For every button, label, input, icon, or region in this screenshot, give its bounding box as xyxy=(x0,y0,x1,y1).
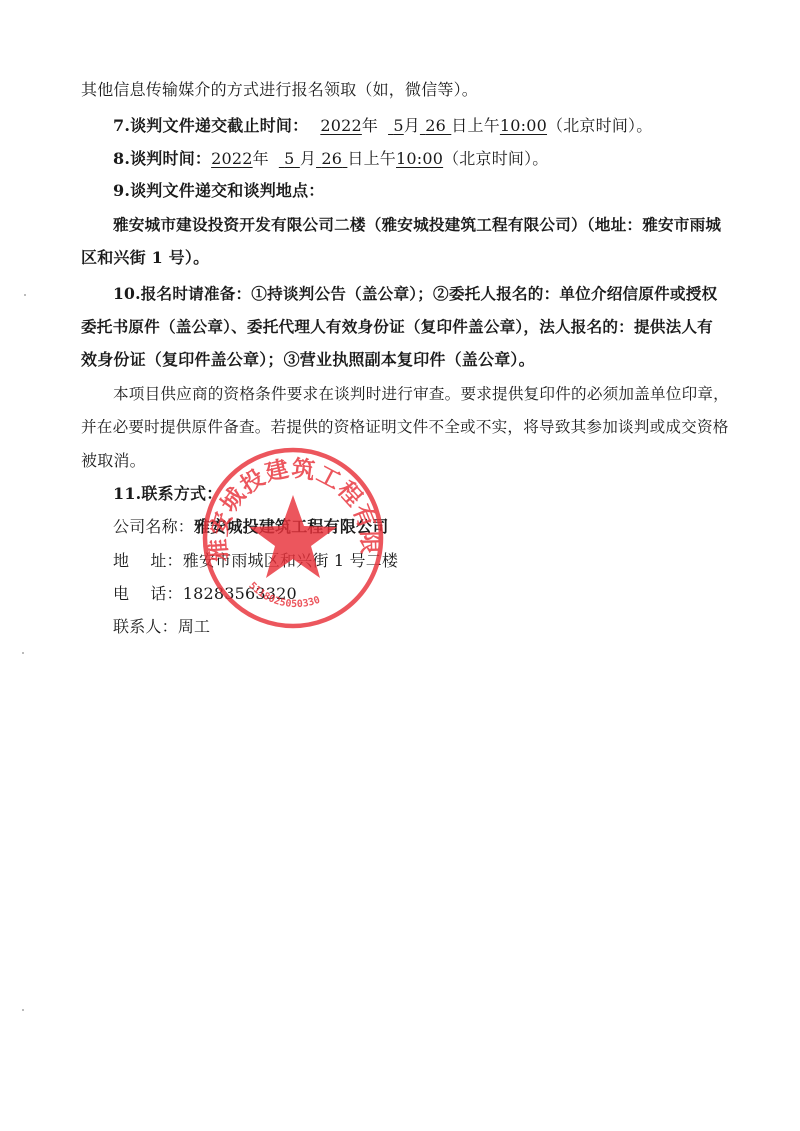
item-9-location-line1: 雅安城市建设投资开发有限公司二楼（雅安城投建筑工程有限公司）（地址：雅安市雨城 xyxy=(113,215,721,235)
contact-company: 公司名称：雅安城投建筑工程有限公司 xyxy=(113,517,388,537)
paragraph-channel-note: 其他信息传输媒介的方式进行报名领取（如，微信等）。 xyxy=(81,80,478,100)
timezone-note: （北京时间）。 xyxy=(547,116,652,135)
company-label: 公司名称： xyxy=(113,517,194,536)
item-9-location-line2: 区和兴街 1 号）。 xyxy=(81,248,209,268)
scan-artifact xyxy=(24,294,26,296)
item-10-text: ①持谈判公告（盖公章）；②委托人报名的：单位介绍信原件或授权 xyxy=(251,284,717,303)
seal-arc-text: 雅安城投建筑工程有限公司 xyxy=(198,443,383,563)
contact-value: 周工 xyxy=(178,617,210,636)
item-10-line1: 10.报名时请准备：①持谈判公告（盖公章）；②委托人报名的：单位介绍信原件或授权 xyxy=(113,284,717,304)
contact-person: 联系人：周工 xyxy=(113,617,210,637)
item-8-label: 8.谈判时间： xyxy=(113,149,211,168)
year-unit: 年 xyxy=(362,116,378,135)
timezone-note: （北京时间）。 xyxy=(443,149,548,168)
svg-text:雅安城投建筑工程有限公司: 雅安城投建筑工程有限公司 xyxy=(198,443,383,563)
item-10-line2: 委托书原件（盖公章）、委托代理人有效身份证（复印件盖公章），法人报名的：提供法人… xyxy=(81,317,713,337)
contact-label: 联系人： xyxy=(113,617,178,636)
negotiation-month: 5 xyxy=(279,149,300,168)
month-unit: 月 xyxy=(300,149,316,168)
address-label: 地 址： xyxy=(113,551,183,570)
text: 其他信息传输媒介的方式进行报名领取（如，微信等）。 xyxy=(81,80,478,99)
month-unit: 月 xyxy=(404,116,420,135)
scan-artifact xyxy=(22,652,24,654)
negotiation-time: 10:00 xyxy=(396,149,443,168)
review-line3: 被取消。 xyxy=(81,451,146,471)
deadline-time: 10:00 xyxy=(500,116,547,135)
contact-address: 地 址：雅安市雨城区和兴街 1 号二楼 xyxy=(113,551,398,571)
document-page: 其他信息传输媒介的方式进行报名领取（如，微信等）。 7.谈判文件递交截止时间：2… xyxy=(0,0,800,1131)
item-10-label: 10.报名时请准备： xyxy=(113,284,251,303)
item-11-label: 11.联系方式： xyxy=(113,484,222,504)
address-value: 雅安市雨城区和兴街 1 号二楼 xyxy=(183,551,398,570)
deadline-month: 5 xyxy=(388,116,404,135)
day-unit: 日上午 xyxy=(451,116,500,135)
item-7-deadline: 7.谈判文件递交截止时间：2022年 5月 26 日上午10:00（北京时间）。 xyxy=(113,116,652,136)
item-7-label: 7.谈判文件递交截止时间： xyxy=(113,116,308,135)
day-value: 26 xyxy=(321,149,342,168)
phone-value: 18283563320 xyxy=(183,584,297,603)
deadline-year: 2022 xyxy=(320,116,362,135)
item-8-negotiation-time: 8.谈判时间：2022年 5 月 26 日上午10:00（北京时间）。 xyxy=(113,149,549,169)
scan-artifact xyxy=(22,1009,24,1011)
review-line1: 本项目供应商的资格条件要求在谈判时进行审查。要求提供复印件的必须加盖单位印章， xyxy=(113,384,729,404)
negotiation-day: 26 xyxy=(316,149,347,168)
day-value: 26 xyxy=(425,116,446,135)
phone-label: 电 话： xyxy=(113,584,183,603)
item-9-label: 9.谈判文件递交和谈判地点： xyxy=(113,181,325,201)
month-value: 5 xyxy=(393,116,403,135)
review-line2: 并在必要时提供原件备查。若提供的资格证明文件不全或不实，将导致其参加谈判或成交资… xyxy=(81,417,729,437)
year-unit: 年 xyxy=(253,149,269,168)
deadline-day: 26 xyxy=(420,116,451,135)
item-10-line3: 效身份证（复印件盖公章）；③营业执照副本复印件（盖公章）。 xyxy=(81,350,535,370)
company-seal: 雅安城投建筑工程有限公司 5118025050330 xyxy=(198,443,388,633)
day-unit: 日上午 xyxy=(347,149,396,168)
contact-phone: 电 话：18283563320 xyxy=(113,584,297,604)
negotiation-year: 2022 xyxy=(211,149,253,168)
company-value: 雅安城投建筑工程有限公司 xyxy=(194,517,388,536)
month-value: 5 xyxy=(284,149,294,168)
